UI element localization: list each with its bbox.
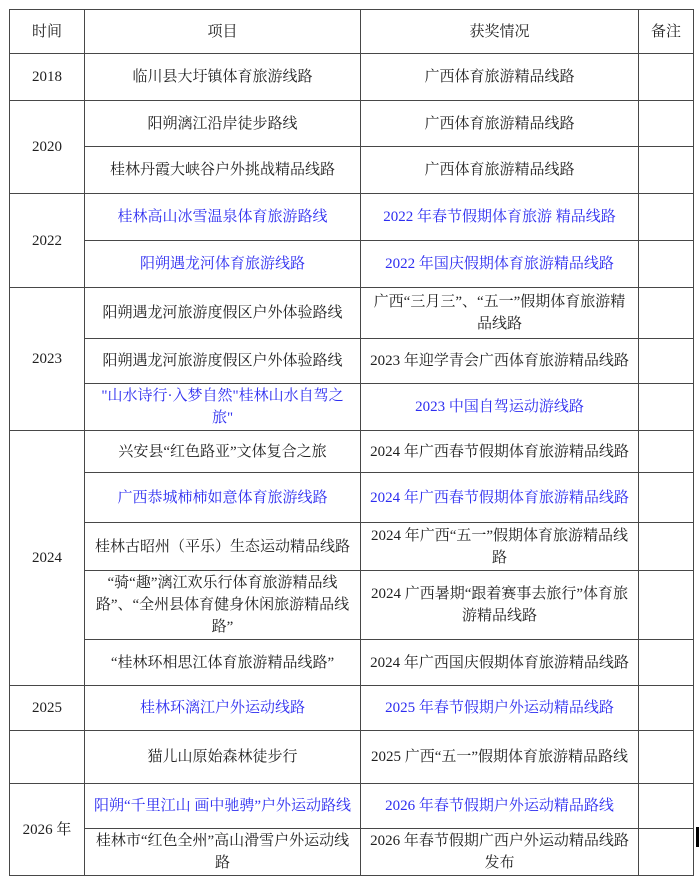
- cell-time-2022: 2022: [10, 194, 85, 288]
- cell-project: 阳朔遇龙河旅游度假区户外体验路线: [85, 339, 361, 384]
- cell-award: 2024 年广西国庆假期体育旅游精品线路: [361, 640, 639, 686]
- text-cursor: [696, 827, 699, 847]
- table-header-row: 时间 项目 获奖情况 备注: [10, 10, 694, 54]
- table-row: 2026 年 阳朔“千里江山 画中驰骋”户外运动路线 2026 年春节假期户外运…: [10, 784, 694, 829]
- table-row: “桂林环相思江体育旅游精品线路” 2024 年广西国庆假期体育旅游精品线路: [10, 640, 694, 686]
- cell-award: 2025 年春节假期户外运动精品线路: [361, 686, 639, 731]
- cell-award: 2025 广西“五一”假期体育旅游精品路线: [361, 731, 639, 784]
- cell-award: 2024 年广西“五一”假期体育旅游精品线路: [361, 523, 639, 571]
- cell-project: 桂林古昭州（平乐）生态运动精品线路: [85, 523, 361, 571]
- header-remark: 备注: [639, 10, 694, 54]
- cell-time-2018: 2018: [10, 54, 85, 101]
- table-row: 桂林丹霞大峡谷户外挑战精品线路 广西体育旅游精品线路: [10, 147, 694, 194]
- header-project: 项目: [85, 10, 361, 54]
- cell-project: “骑“趣”漓江欢乐行体育旅游精品线路”、“全州县体育健身休闲旅游精品线路”: [85, 571, 361, 640]
- table-row: 桂林市“红色全州”高山滑雪户外运动线路 2026 年春节假期广西户外运动精品线路…: [10, 829, 694, 876]
- cell-time-2024: 2024: [10, 431, 85, 686]
- cell-time-2025: 2025: [10, 686, 85, 731]
- header-award: 获奖情况: [361, 10, 639, 54]
- table-row: 2023 阳朔遇龙河旅游度假区户外体验路线 广西“三月三”、“五一”假期体育旅游…: [10, 288, 694, 339]
- cell-remark: [639, 784, 694, 829]
- table-row: “骑“趣”漓江欢乐行体育旅游精品线路”、“全州县体育健身休闲旅游精品线路” 20…: [10, 571, 694, 640]
- table-row: 2025 桂林环漓江户外运动线路 2025 年春节假期户外运动精品线路: [10, 686, 694, 731]
- table-row: 2022 桂林高山冰雪温泉体育旅游路线 2022 年春节假期体育旅游 精品线路: [10, 194, 694, 241]
- cell-remark: [639, 473, 694, 523]
- cell-project: 阳朔遇龙河旅游度假区户外体验路线: [85, 288, 361, 339]
- cell-project: “桂林环相思江体育旅游精品线路”: [85, 640, 361, 686]
- cell-project: "山水诗行·入梦自然"桂林山水自驾之旅": [85, 384, 361, 431]
- table-row: 猫儿山原始森林徒步行 2025 广西“五一”假期体育旅游精品路线: [10, 731, 694, 784]
- cell-project: 桂林环漓江户外运动线路: [85, 686, 361, 731]
- cell-project: 桂林高山冰雪温泉体育旅游路线: [85, 194, 361, 241]
- table-row: 2020 阳朔漓江沿岸徒步路线 广西体育旅游精品线路: [10, 101, 694, 147]
- cell-project: 阳朔“千里江山 画中驰骋”户外运动路线: [85, 784, 361, 829]
- cell-project: 桂林丹霞大峡谷户外挑战精品线路: [85, 147, 361, 194]
- cell-project: 阳朔漓江沿岸徒步路线: [85, 101, 361, 147]
- cell-remark: [639, 194, 694, 241]
- cell-project: 广西恭城柿柿如意体育旅游线路: [85, 473, 361, 523]
- cell-award: 广西体育旅游精品线路: [361, 147, 639, 194]
- cell-project: 猫儿山原始森林徒步行: [85, 731, 361, 784]
- cell-remark: [639, 147, 694, 194]
- table-row: 阳朔遇龙河旅游度假区户外体验路线 2023 年迎学青会广西体育旅游精品线路: [10, 339, 694, 384]
- cell-award: 广西体育旅游精品线路: [361, 54, 639, 101]
- cell-project: 临川县大圩镇体育旅游线路: [85, 54, 361, 101]
- cell-remark: [639, 523, 694, 571]
- table-row: 2018 临川县大圩镇体育旅游线路 广西体育旅游精品线路: [10, 54, 694, 101]
- cell-remark: [639, 431, 694, 473]
- cell-time-2020: 2020: [10, 101, 85, 194]
- awards-table: 时间 项目 获奖情况 备注 2018 临川县大圩镇体育旅游线路 广西体育旅游精品…: [9, 9, 694, 876]
- cell-award: 2024 年广西春节假期体育旅游精品线路: [361, 473, 639, 523]
- cell-award: 2023 年迎学青会广西体育旅游精品线路: [361, 339, 639, 384]
- cell-remark: [639, 571, 694, 640]
- cell-award: 2022 年国庆假期体育旅游精品线路: [361, 241, 639, 288]
- cell-time-empty: [10, 731, 85, 784]
- header-time: 时间: [10, 10, 85, 54]
- cell-time-2023: 2023: [10, 288, 85, 431]
- cell-remark: [639, 686, 694, 731]
- cell-remark: [639, 241, 694, 288]
- cell-award: 2026 年春节假期广西户外运动精品线路发布: [361, 829, 639, 876]
- table-row: 广西恭城柿柿如意体育旅游线路 2024 年广西春节假期体育旅游精品线路: [10, 473, 694, 523]
- cell-remark: [639, 731, 694, 784]
- cell-project: 兴安县“红色路亚”文体复合之旅: [85, 431, 361, 473]
- cell-remark: [639, 101, 694, 147]
- cell-remark: [639, 829, 694, 876]
- cell-award: 2024 广西暑期“跟着赛事去旅行”体育旅游精品线路: [361, 571, 639, 640]
- cell-award: 广西体育旅游精品线路: [361, 101, 639, 147]
- table-row: "山水诗行·入梦自然"桂林山水自驾之旅" 2023 中国自驾运动游线路: [10, 384, 694, 431]
- cell-remark: [639, 640, 694, 686]
- cell-project: 阳朔遇龙河体育旅游线路: [85, 241, 361, 288]
- cell-remark: [639, 288, 694, 339]
- table-row: 阳朔遇龙河体育旅游线路 2022 年国庆假期体育旅游精品线路: [10, 241, 694, 288]
- cell-award: 广西“三月三”、“五一”假期体育旅游精品线路: [361, 288, 639, 339]
- cell-remark: [639, 54, 694, 101]
- cell-remark: [639, 339, 694, 384]
- cell-award: 2022 年春节假期体育旅游 精品线路: [361, 194, 639, 241]
- cell-time-2026: 2026 年: [10, 784, 85, 876]
- table-row: 桂林古昭州（平乐）生态运动精品线路 2024 年广西“五一”假期体育旅游精品线路: [10, 523, 694, 571]
- cell-award: 2024 年广西春节假期体育旅游精品线路: [361, 431, 639, 473]
- cell-project: 桂林市“红色全州”高山滑雪户外运动线路: [85, 829, 361, 876]
- cell-award: 2023 中国自驾运动游线路: [361, 384, 639, 431]
- cell-award: 2026 年春节假期户外运动精品路线: [361, 784, 639, 829]
- cell-remark: [639, 384, 694, 431]
- table-row: 2024 兴安县“红色路亚”文体复合之旅 2024 年广西春节假期体育旅游精品线…: [10, 431, 694, 473]
